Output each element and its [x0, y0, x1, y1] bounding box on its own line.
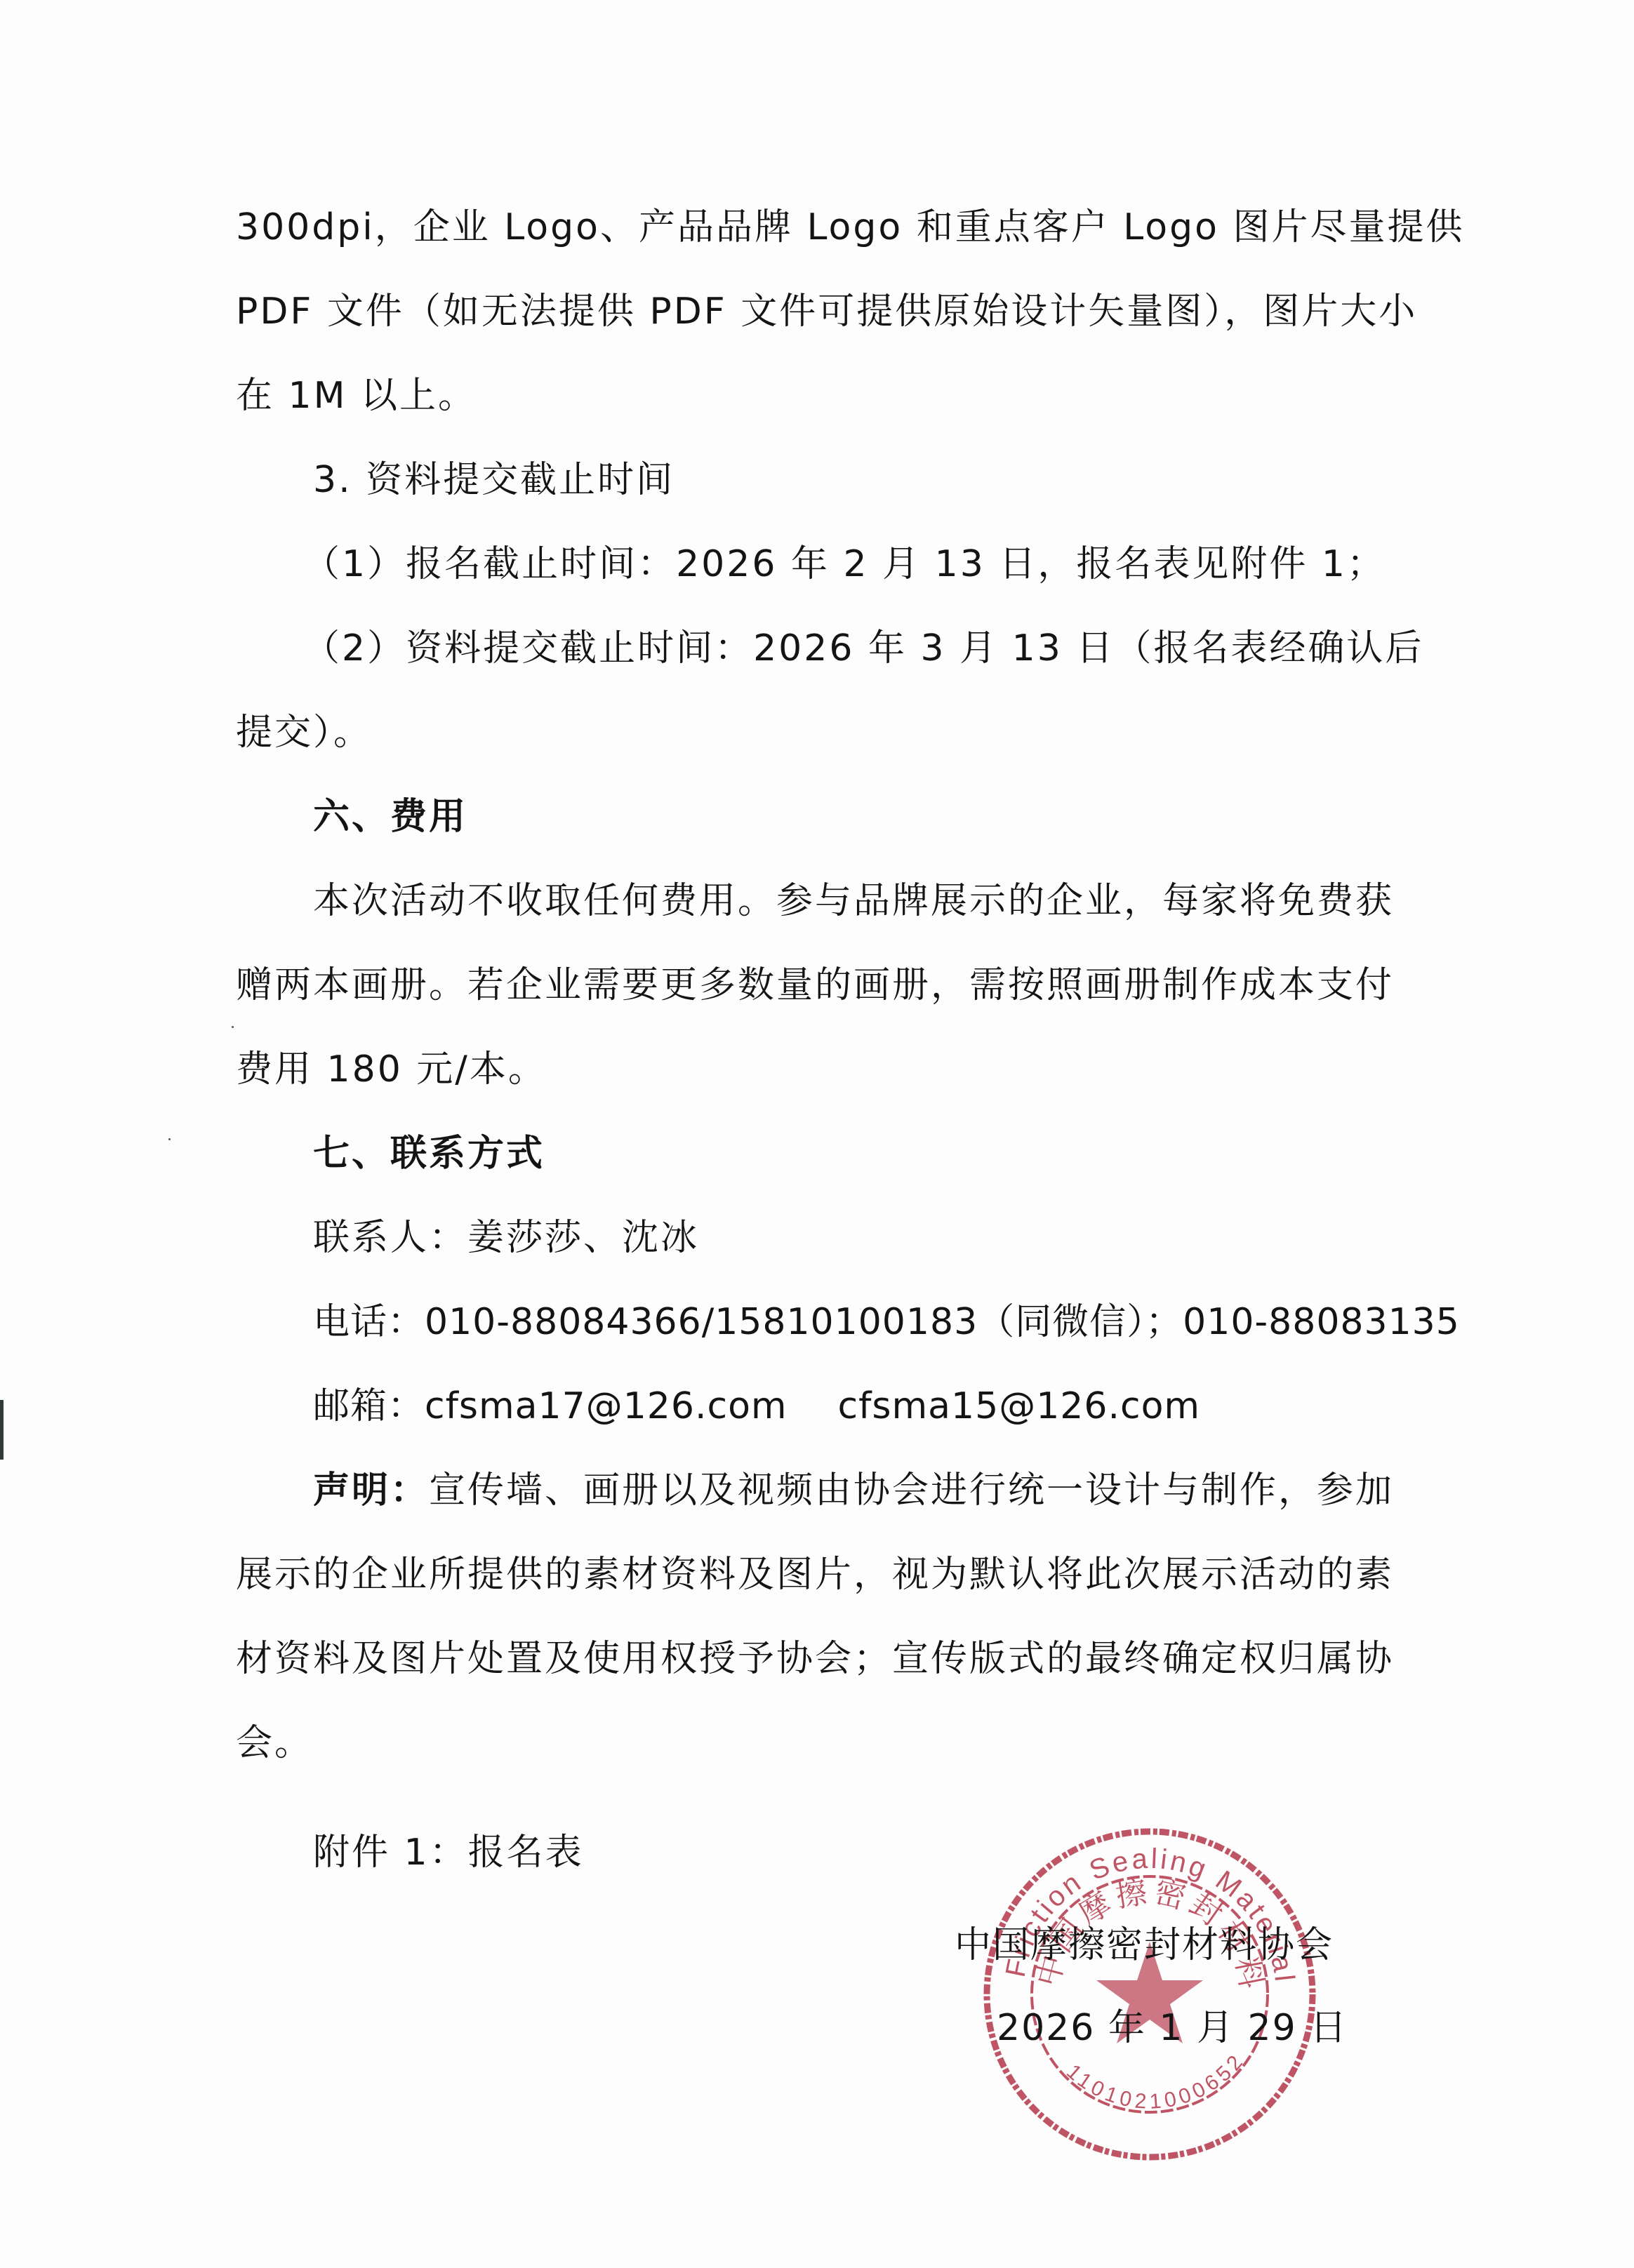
fees-line-1: 本次活动不收取任何费用。参与品牌展示的企业，每家将免费获: [313, 879, 1359, 923]
image-requirement-line-3: 在 1M 以上。: [236, 373, 477, 418]
statement-text-1: 宣传墙、画册以及视频由协会进行统一设计与制作，参加: [429, 1469, 1394, 1512]
contact-phone-value: 010-88084366/15810100183（同微信）；010-880831…: [425, 1301, 1460, 1343]
fees-heading: 六、费用: [313, 794, 467, 839]
scan-speck: [168, 1138, 171, 1140]
contact-phone-row: 电话：010-88084366/15810100183（同微信）；010-880…: [313, 1300, 1460, 1345]
contact-phone-label: 电话：: [313, 1301, 425, 1343]
contact-email-2[interactable]: cfsma15@126.com: [838, 1385, 1201, 1427]
statement-line-1: 声明：宣传墙、画册以及视频由协会进行统一设计与制作，参加: [313, 1468, 1359, 1513]
fees-line-3: 费用 180 元/本。: [236, 1047, 547, 1092]
deadline-item-registration: （1）报名截止时间：2026 年 2 月 13 日，报名表见附件 1；: [303, 542, 1386, 587]
deadline-item-materials-line-2: 提交）。: [236, 710, 372, 755]
signature-organization: 中国摩擦密封材料协会: [955, 1923, 1334, 1968]
contact-persons-row: 联系人：姜莎莎、沈冰: [313, 1215, 699, 1260]
contact-email-1[interactable]: cfsma17@126.com: [425, 1385, 788, 1427]
contact-persons-value: 姜莎莎、沈冰: [467, 1217, 699, 1259]
svg-text:1101021000652: 1101021000652: [1062, 2048, 1250, 2113]
official-seal-icon: Friction Sealing Material Association 11…: [974, 1819, 1325, 2170]
contact-email-label: 邮箱：: [313, 1385, 425, 1427]
image-requirement-line-2: PDF 文件（如无法提供 PDF 文件可提供原始设计矢量图），图片大小: [236, 289, 1359, 334]
contact-heading: 七、联系方式: [313, 1131, 545, 1176]
fees-line-2: 赠两本画册。若企业需要更多数量的画册，需按照画册制作成本支付: [236, 963, 1359, 1008]
document-page: 300dpi，企业 Logo、产品品牌 Logo 和重点客户 Logo 图片尽量…: [0, 0, 1634, 2268]
contact-persons-label: 联系人：: [313, 1217, 467, 1259]
deadline-item-materials-line-1: （2）资料提交截止时间：2026 年 3 月 13 日（报名表经确认后: [303, 626, 1359, 671]
attachment-reference[interactable]: 附件 1：报名表: [313, 1830, 584, 1875]
signature-date: 2026 年 1 月 29 日: [997, 2006, 1348, 2050]
statement-line-3: 材资料及图片处置及使用权授予协会；宣传版式的最终确定权归属协: [236, 1636, 1359, 1681]
contact-email-row: 邮箱：cfsma17@126.comcfsma15@126.com: [313, 1384, 1200, 1429]
deadline-heading: 3. 资料提交截止时间: [313, 458, 675, 502]
statement-line-2: 展示的企业所提供的素材资料及图片，视为默认将此次展示活动的素: [236, 1552, 1359, 1597]
statement-label: 声明：: [313, 1469, 429, 1512]
image-requirement-line-1: 300dpi，企业 Logo、产品品牌 Logo 和重点客户 Logo 图片尽量…: [236, 205, 1359, 250]
statement-line-4: 会。: [236, 1721, 313, 1766]
scan-edge-mark: [0, 1400, 4, 1460]
scan-speck: [232, 1026, 234, 1028]
